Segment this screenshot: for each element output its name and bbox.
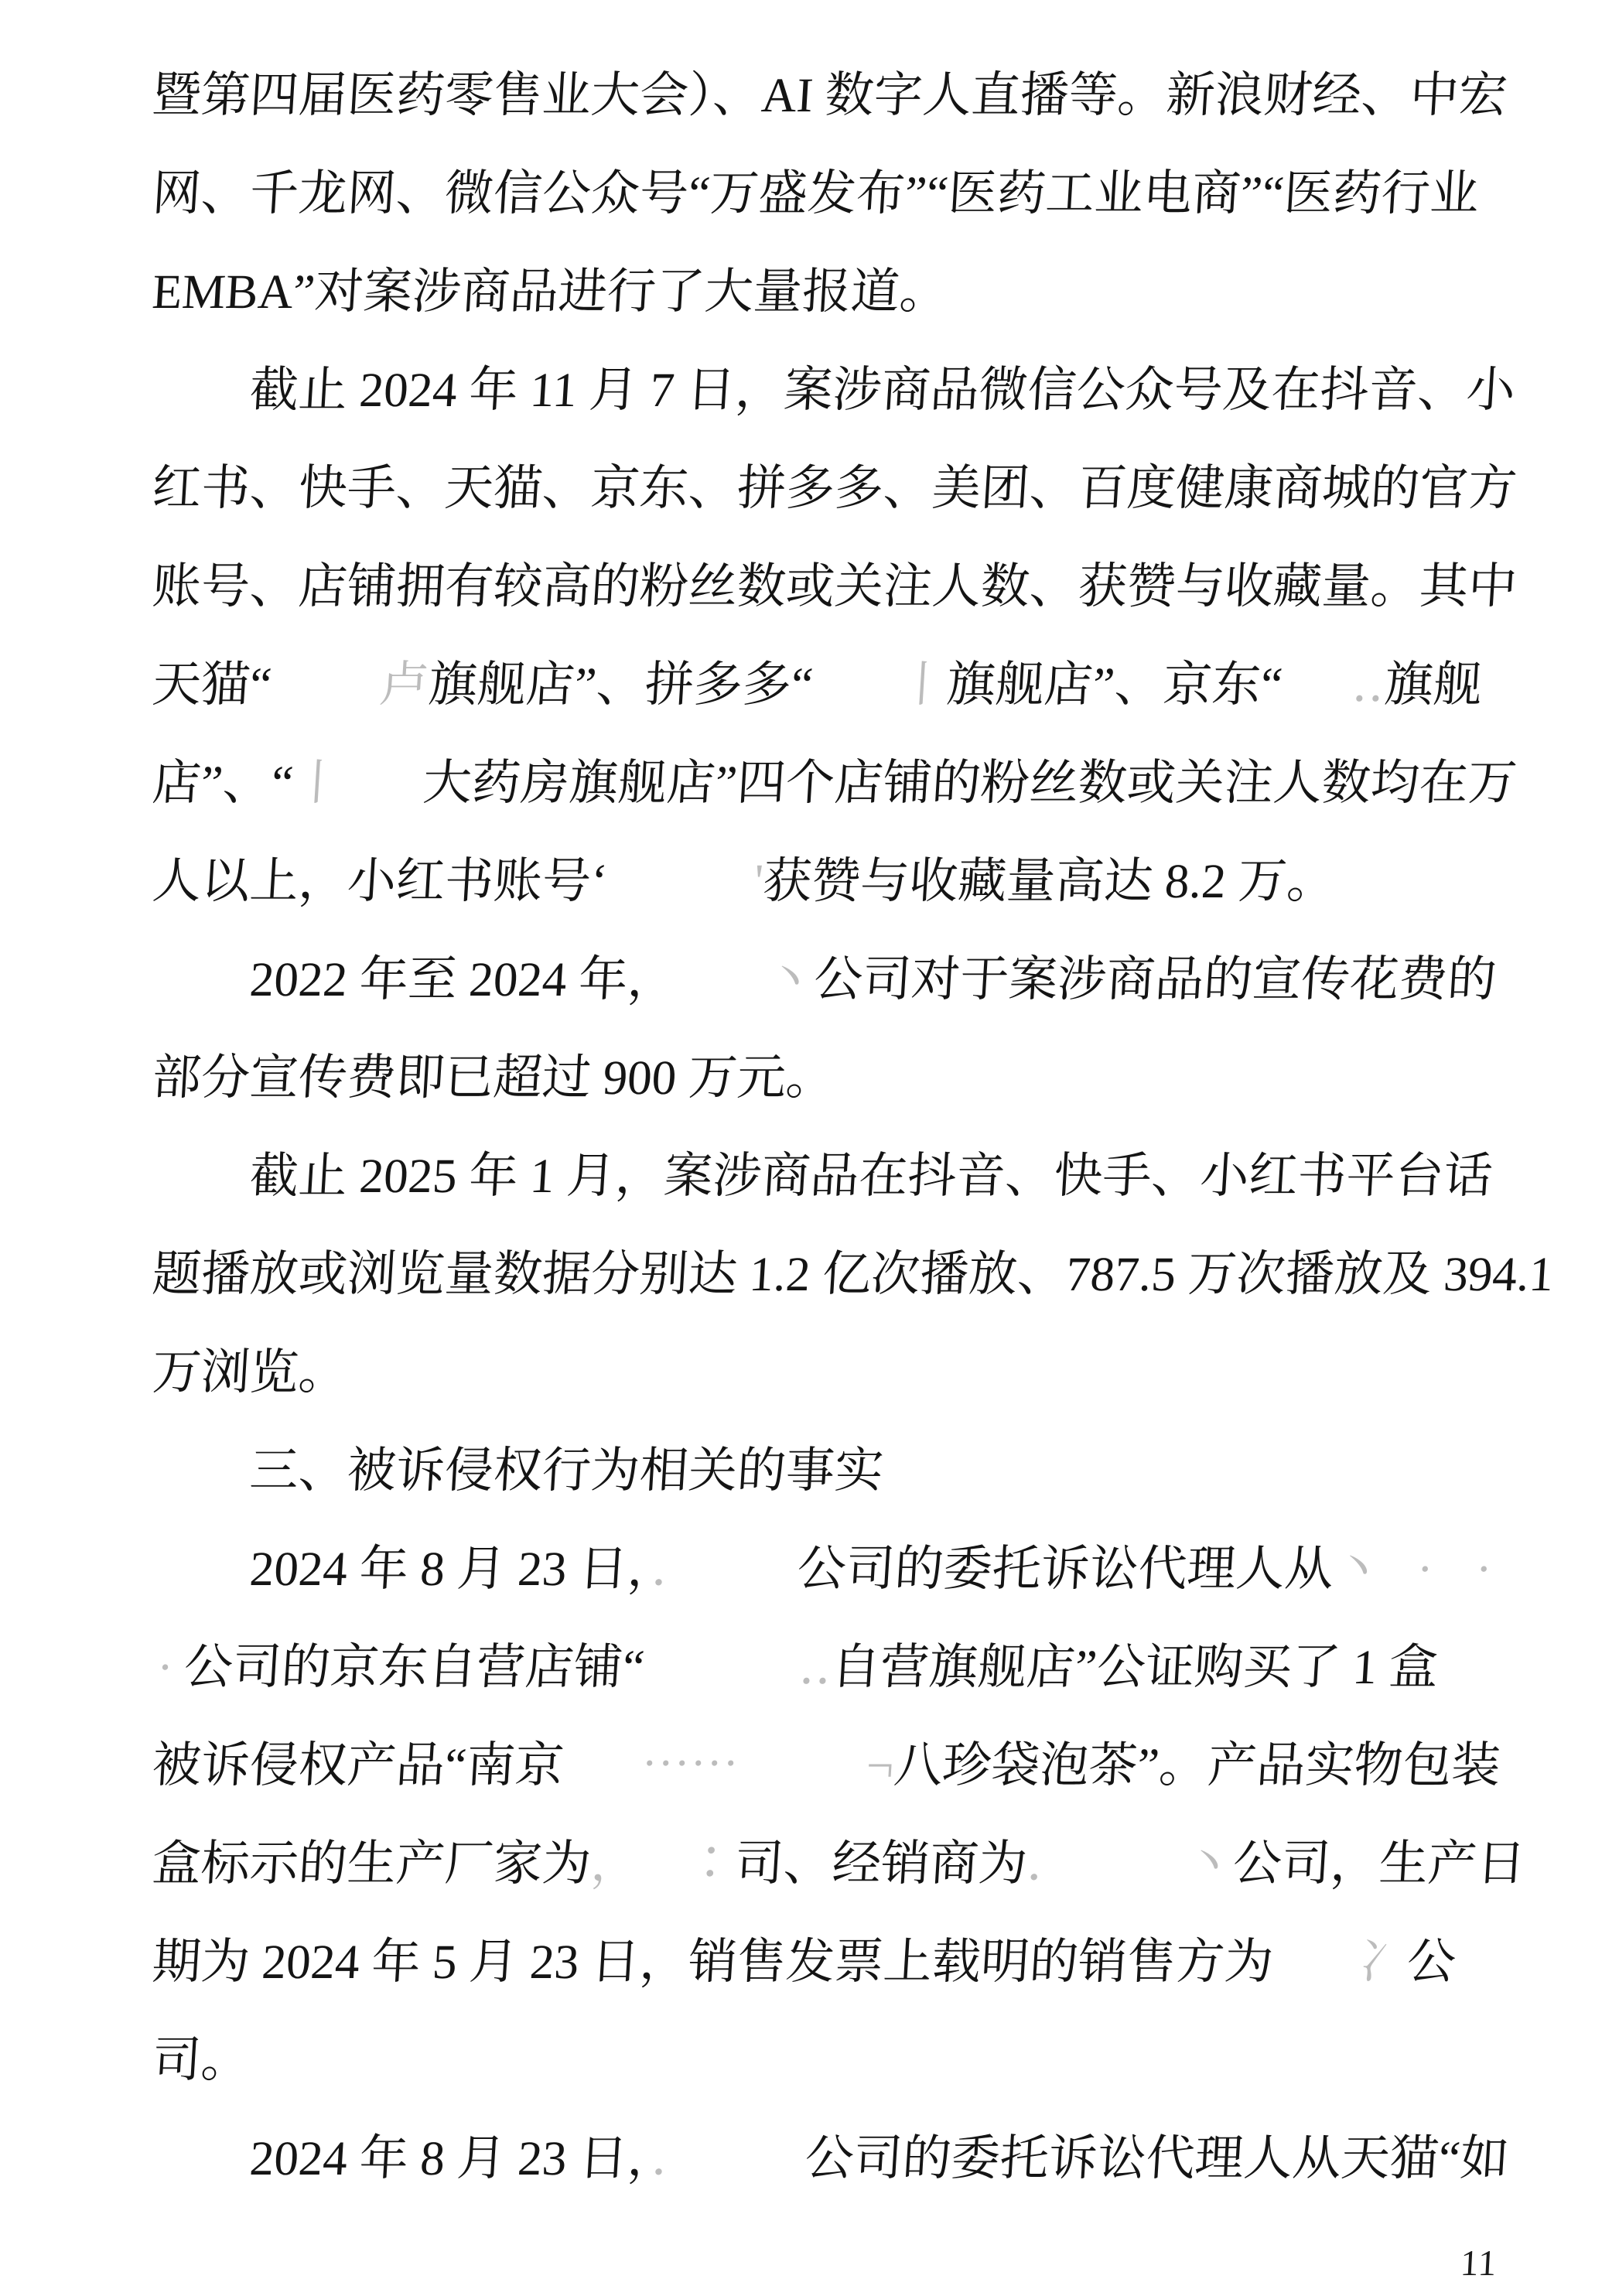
- redaction-gap: [699, 2173, 804, 2175]
- redaction-gap: [644, 1682, 798, 1683]
- redaction-gap: [738, 1780, 866, 1782]
- faint-remnant: 丶: [1183, 1836, 1235, 1891]
- faint-remnant: ‥: [798, 1640, 833, 1694]
- text-line: 三、被诉侵权行为相关的事实: [149, 1422, 1571, 1520]
- redaction-gap: [271, 699, 379, 701]
- text-run: 天猫“: [151, 658, 273, 712]
- text-line: 盒标示的生产厂家为，∶司、经销商为．丶公司，生产日: [149, 1815, 1571, 1913]
- text-run: 公司，生产日: [1231, 1836, 1527, 1891]
- text-line: 司。: [149, 2011, 1571, 2110]
- text-line: EMBA”对案涉商品进行了大量报道。: [149, 243, 1571, 341]
- text-line: 题播放或浏览量数据分别达 1.2 亿次播放、787.5 万次播放及 394.1: [149, 1225, 1571, 1324]
- text-run: 八珍袋泡茶”。产品实物包装: [892, 1738, 1501, 1792]
- text-run: 旗舰: [1383, 658, 1484, 712]
- text-run: 大药房旗舰店”四个店铺的粉丝数或关注人数均在万: [422, 756, 1518, 810]
- text-run: 公司的委托诉讼代理人从天猫“如: [804, 2131, 1511, 2185]
- text-line: 账号、店铺拥有较高的粉丝数或关注人数、获赞与收藏量。其中: [149, 538, 1571, 636]
- faint-remnant: ，: [589, 1836, 641, 1891]
- faint-remnant: 丨: [292, 756, 343, 810]
- text-run: 暨第四届医药零售业大会）、AI 数字人直播等。新浪财经、中宏: [151, 68, 1509, 122]
- text-run: 截止 2024 年 11 月 7 日，案涉商品微信公众号及在抖音、小: [151, 363, 1517, 417]
- text-run: 公司的委托诉讼代理人从: [796, 1542, 1335, 1596]
- faint-remnant: ·: [155, 1640, 175, 1694]
- text-run: 2024 年 8 月 23 日，: [151, 2131, 654, 2185]
- text-run: 题播放或浏览量数据分别达 1.2 亿次播放、787.5 万次播放及 394.1: [151, 1247, 1556, 1301]
- text-run: 期为 2024 年 5 月 23 日，销售发票上载明的销售方为: [151, 1935, 1275, 1989]
- faint-remnant: ⋯⋯: [640, 1738, 740, 1792]
- text-run: 旗舰店”、京东“: [945, 658, 1284, 712]
- faint-remnant: 丶: [1332, 1542, 1384, 1596]
- text-run: 获赞与收藏量高达 8.2 万。: [761, 854, 1337, 908]
- text-line: 店”、“丨大药房旗舰店”四个店铺的粉丝数或关注人数均在万: [149, 734, 1571, 832]
- redaction-gap: [606, 896, 753, 897]
- redaction-gap: [1432, 1584, 1474, 1585]
- text-line: ·公司的京东自营店铺“‥自营旗舰店”公证购买了 1 盒: [149, 1618, 1571, 1717]
- text-run: 账号、店铺拥有较高的粉丝数或关注人数、获赞与收藏量。其中: [151, 559, 1518, 613]
- faint-remnant: 丶: [763, 952, 815, 1006]
- text-line: 期为 2024 年 5 月 23 日，销售发票上载明的销售方为冫公: [149, 1913, 1571, 2011]
- text-run: 公司的京东自营店铺“: [183, 1640, 646, 1694]
- text-line: 暨第四届医药零售业大会）、AI 数字人直播等。新浪财经、中宏: [149, 46, 1571, 145]
- text-line: 被诉侵权产品“南京⋯⋯¬八珍袋泡茶”。产品实物包装: [149, 1717, 1571, 1815]
- redaction-gap: [563, 1780, 640, 1782]
- text-line: 2024 年 8 月 23 日，．公司的委托诉讼代理人从天猫“如: [149, 2110, 1571, 2208]
- text-run: 网、千龙网、微信公众号“万盛发布”“医药工业电商”“医药行业: [151, 166, 1481, 220]
- faint-remnant: ∶: [685, 1836, 736, 1891]
- faint-remnant: ·: [1474, 1542, 1494, 1596]
- text-line: 2022 年至 2024 年，丶公司对于案涉商品的宣传花费的: [149, 931, 1571, 1029]
- redaction-gap: [639, 1878, 685, 1880]
- text-run: 司。: [151, 2033, 251, 2087]
- redaction-gap: [1272, 1977, 1358, 1978]
- faint-remnant: ．: [651, 2131, 702, 2185]
- text-run: 红书、快手、天猫、京东、拼多多、美团、百度健康商城的官方: [151, 461, 1518, 515]
- faint-remnant: ·: [1416, 1542, 1435, 1596]
- redaction-gap: [812, 699, 897, 701]
- faint-remnant: ．: [651, 1542, 702, 1596]
- text-run: 盒标示的生产厂家为: [151, 1836, 593, 1891]
- text-run: 自营旗舰店”公证购买了 1 盒: [830, 1640, 1440, 1694]
- document-page: 暨第四届医药零售业大会）、AI 数字人直播等。新浪财经、中宏网、千龙网、微信公众…: [0, 0, 1619, 2296]
- text-run: 2022 年至 2024 年，: [151, 952, 678, 1006]
- text-run: 截止 2025 年 1 月，案涉商品在抖音、快手、小红书平台话: [151, 1149, 1494, 1203]
- text-run: 万浏览。: [151, 1345, 349, 1399]
- text-run: 被诉侵权产品“南京: [151, 1738, 565, 1792]
- faint-remnant: ¬: [865, 1738, 896, 1792]
- text-line: 万浏览。: [149, 1324, 1571, 1422]
- redaction-gap: [675, 994, 764, 996]
- text-run: 部分宣传费即已超过 900 万元。: [151, 1051, 836, 1105]
- faint-remnant: 冫: [1357, 1935, 1409, 1989]
- text-run: 人以上，小红书账号‘: [151, 854, 609, 908]
- text-run: 公司对于案涉商品的宣传花费的: [812, 952, 1498, 1006]
- text-line: 红书、快手、天猫、京东、拼多多、美团、百度健康商城的官方: [149, 439, 1571, 538]
- text-line: 网、千龙网、微信公众号“万盛发布”“医药工业电商”“医药行业: [149, 145, 1571, 243]
- page-number: 11: [1460, 2242, 1498, 2285]
- text-run: 店”、“: [151, 756, 295, 810]
- faint-remnant: 丨: [897, 658, 948, 712]
- text-run: EMBA”对案涉商品进行了大量报道。: [151, 265, 950, 319]
- redaction-gap: [1282, 699, 1351, 701]
- redaction-gap: [172, 1682, 183, 1683]
- text-run: 公: [1406, 1935, 1457, 1989]
- faint-remnant: 卢: [378, 658, 430, 712]
- redaction-gap: [1075, 1878, 1184, 1880]
- text-run: 2024 年 8 月 23 日，: [151, 1542, 654, 1596]
- text-line: 2024 年 8 月 23 日，．公司的委托诉讼代理人从丶··: [149, 1520, 1571, 1618]
- redaction-gap: [341, 798, 422, 799]
- faint-remnant: ‥: [1351, 658, 1386, 712]
- faint-remnant: ．: [1026, 1836, 1078, 1891]
- text-line: 人以上，小红书账号‘'获赞与收藏量高达 8.2 万。: [149, 832, 1571, 931]
- redaction-gap: [1381, 1584, 1416, 1585]
- text-line: 截止 2025 年 1 月，案涉商品在抖音、快手、小红书平台话: [149, 1127, 1571, 1225]
- text-run: 三、被诉侵权行为相关的事实: [151, 1444, 885, 1498]
- text-line: 部分宣传费即已超过 900 万元。: [149, 1029, 1571, 1127]
- text-line: 截止 2024 年 11 月 7 日，案涉商品微信公众号及在抖音、小: [149, 341, 1571, 439]
- redaction-gap: [699, 1584, 796, 1585]
- text-line: 天猫“卢旗舰店”、拼多多“丨旗舰店”、京东“‥旗舰: [149, 636, 1571, 734]
- text-block: 暨第四届医药零售业大会）、AI 数字人直播等。新浪财经、中宏网、千龙网、微信公众…: [152, 46, 1568, 2208]
- text-run: 旗舰店”、拼多多“: [427, 658, 815, 712]
- text-run: 司、经销商为: [733, 1836, 1029, 1891]
